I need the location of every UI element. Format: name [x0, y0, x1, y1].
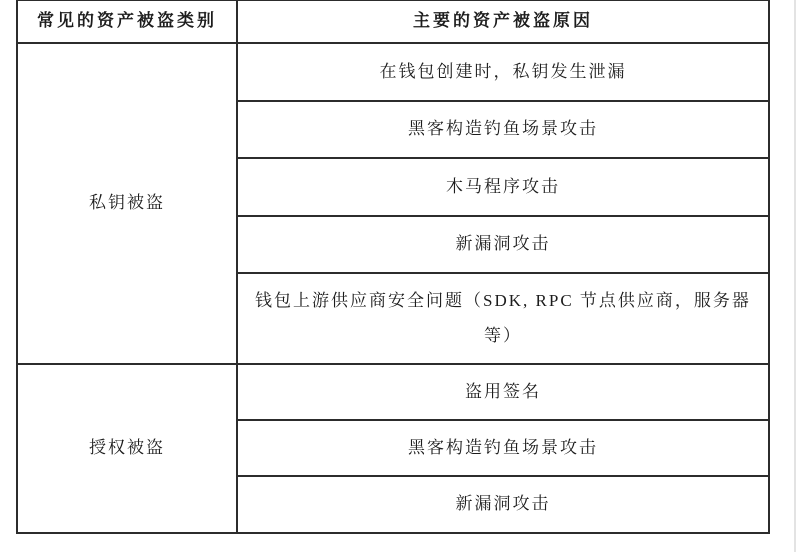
cause-cell: 新漏洞攻击: [237, 216, 769, 273]
cause-cell: 在钱包创建时，私钥发生泄漏: [237, 43, 769, 101]
category-authorization-cell: 授权被盗: [17, 364, 237, 533]
category-private-key-cell: 私钥被盗: [17, 43, 237, 364]
cause-cell: 新漏洞攻击: [237, 476, 769, 533]
cause-cell: 钱包上游供应商安全问题（SDK, RPC 节点供应商，服务器等）: [237, 273, 769, 364]
header-category: 常见的资产被盗类别: [17, 0, 237, 43]
table-row: 授权被盗 盗用签名: [17, 364, 769, 420]
cause-cell: 盗用签名: [237, 364, 769, 420]
asset-theft-table: 常见的资产被盗类别 主要的资产被盗原因 私钥被盗 在钱包创建时，私钥发生泄漏 黑…: [16, 0, 770, 534]
cause-cell: 木马程序攻击: [237, 158, 769, 216]
table-row: 私钥被盗 在钱包创建时，私钥发生泄漏: [17, 43, 769, 101]
cause-cell: 黑客构造钓鱼场景攻击: [237, 101, 769, 158]
cause-cell: 黑客构造钓鱼场景攻击: [237, 420, 769, 476]
document-page: 常见的资产被盗类别 主要的资产被盗原因 私钥被盗 在钱包创建时，私钥发生泄漏 黑…: [0, 0, 800, 552]
header-cause: 主要的资产被盗原因: [237, 0, 769, 43]
table-header-row: 常见的资产被盗类别 主要的资产被盗原因: [17, 0, 769, 43]
scan-edge-artifact: [794, 0, 796, 552]
